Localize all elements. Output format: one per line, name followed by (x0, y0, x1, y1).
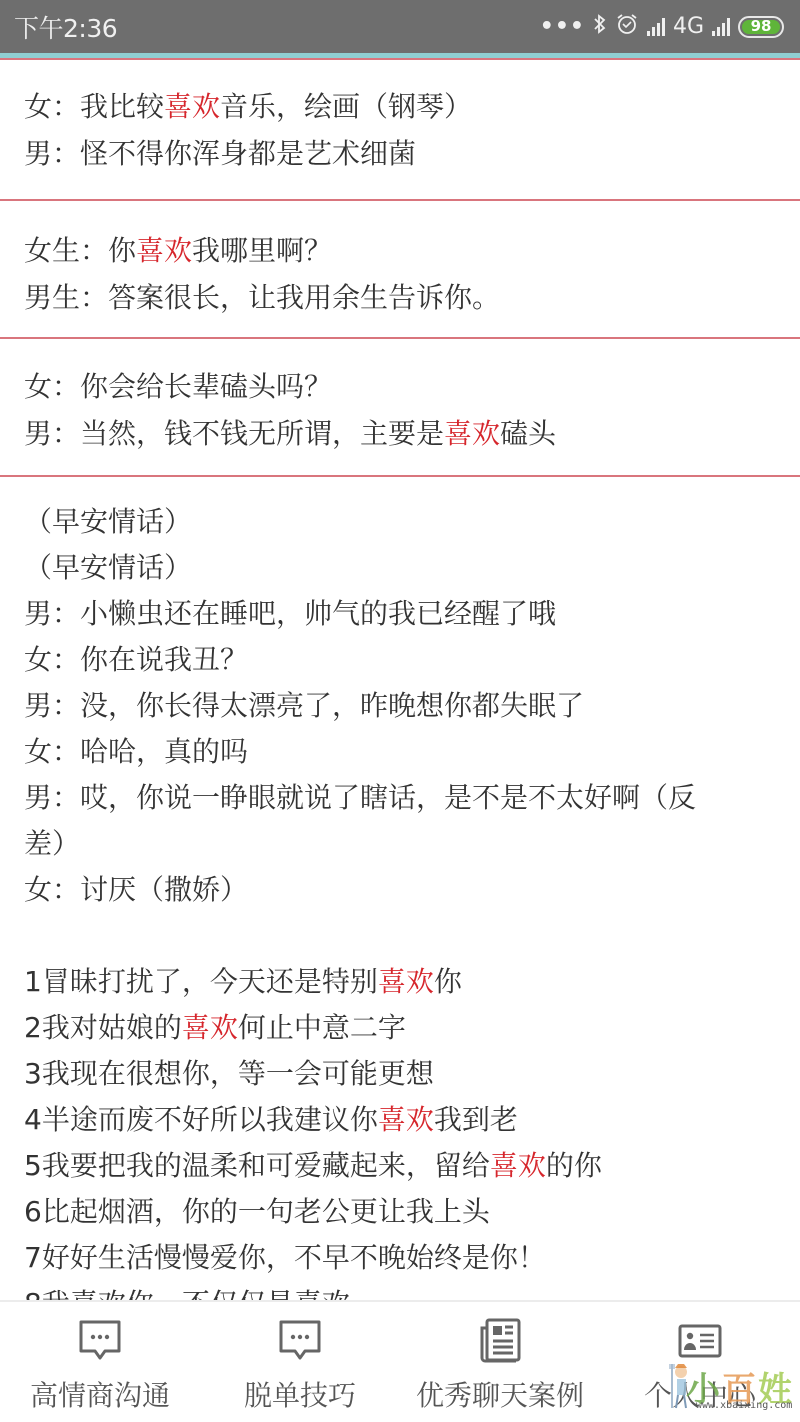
chat-bubble-icon (275, 1316, 325, 1366)
text-line: 男：没，你长得太漂亮了，昨晚想你都失眠了 (24, 683, 776, 729)
dialogue-line: 女：我比较喜欢音乐，绘画（钢琴） (24, 83, 776, 130)
numbered-line: 3我现在很想你，等一会可能更想 (24, 1051, 776, 1097)
status-icons: ••• 4G 98 (540, 12, 784, 42)
dialogue-card: 女生：你喜欢我哪里啊？ 男生：答案很长，让我用余生告诉你。 (0, 201, 800, 337)
highlight-keyword[interactable]: 喜欢 (378, 1103, 434, 1136)
highlight-keyword[interactable]: 喜欢 (136, 234, 192, 267)
dialogue-line: 男：怪不得你浑身都是艺术细菌 (24, 130, 776, 177)
text-line: （早安情话） (24, 545, 776, 591)
status-bar: 下午2:36 ••• 4G 98 (0, 0, 800, 53)
numbered-line: 2我对姑娘的喜欢何止中意二字 (24, 1005, 776, 1051)
dialogue-line: 男生：答案很长，让我用余生告诉你。 (24, 274, 776, 321)
network-type: 4G (673, 14, 704, 39)
highlight-keyword[interactable]: 喜欢 (378, 965, 434, 998)
numbered-line: 5我要把我的温柔和可爱藏起来，留给喜欢的你 (24, 1143, 776, 1189)
numbered-line: 8我喜欢你，不仅仅是喜欢 (24, 1281, 776, 1300)
text-line: 男：哎，你说一睁眼就说了瞎话，是不是不太好啊（反 (24, 775, 776, 821)
newspaper-icon (475, 1316, 525, 1366)
text-line: 女：你在说我丑？ (24, 637, 776, 683)
text-line: 女：讨厌（撒娇） (24, 867, 776, 913)
nav-tab-chat-cases[interactable]: 优秀聊天案例 (400, 1302, 600, 1422)
more-notifications-icon: ••• (540, 14, 585, 39)
text-line: （早安情话） (24, 499, 776, 545)
nav-label: 脱单技巧 (244, 1374, 356, 1414)
article-content[interactable]: 女：我比较喜欢音乐，绘画（钢琴） 男：怪不得你浑身都是艺术细菌 女生：你喜欢我哪… (0, 58, 800, 1300)
nav-label: 高情商沟通 (30, 1374, 170, 1414)
dialogue-card: 女：你会给长辈磕头吗？ 男：当然，钱不钱无所谓，主要是喜欢磕头 (0, 339, 800, 475)
signal-strength-icon-2 (712, 18, 730, 36)
numbered-line: 7好好生活慢慢爱你，不早不晚始终是你！ (24, 1235, 776, 1281)
bottom-nav: 高情商沟通 脱单技巧 优秀聊天案例 个人中心 (0, 1300, 800, 1422)
numbered-line: 6比起烟酒，你的一句老公更让我上头 (24, 1189, 776, 1235)
nav-label: 个人中心 (644, 1374, 756, 1414)
alarm-icon (615, 12, 639, 42)
status-time: 下午2:36 (14, 9, 117, 45)
id-card-icon (675, 1316, 725, 1366)
morning-dialogue-section: （早安情话） （早安情话） 男：小懒虫还在睡吧，帅气的我已经醒了哦 女：你在说我… (0, 477, 800, 1300)
battery-icon: 98 (738, 16, 784, 38)
nav-tab-personal-center[interactable]: 个人中心 (600, 1302, 800, 1422)
dialogue-card: 女：我比较喜欢音乐，绘画（钢琴） 男：怪不得你浑身都是艺术细菌 (0, 60, 800, 199)
text-line: 男：小懒虫还在睡吧，帅气的我已经醒了哦 (24, 591, 776, 637)
nav-label: 优秀聊天案例 (416, 1374, 584, 1414)
highlight-keyword[interactable]: 喜欢 (444, 417, 500, 450)
highlight-keyword[interactable]: 喜欢 (490, 1149, 546, 1182)
text-line: 女：哈哈，真的吗 (24, 729, 776, 775)
numbered-line: 4半途而废不好所以我建议你喜欢我到老 (24, 1097, 776, 1143)
nav-tab-dating-tips[interactable]: 脱单技巧 (200, 1302, 400, 1422)
dialogue-line: 女：你会给长辈磕头吗？ (24, 363, 776, 410)
text-line: 差） (24, 821, 776, 867)
chat-bubble-icon (75, 1316, 125, 1366)
highlight-keyword[interactable]: 喜欢 (164, 90, 220, 123)
signal-strength-icon (647, 18, 665, 36)
nav-tab-high-eq-communication[interactable]: 高情商沟通 (0, 1302, 200, 1422)
bluetooth-icon (593, 13, 607, 41)
dialogue-line: 女生：你喜欢我哪里啊？ (24, 227, 776, 274)
highlight-keyword[interactable]: 喜欢 (182, 1011, 238, 1044)
numbered-line: 1冒昧打扰了，今天还是特别喜欢你 (24, 959, 776, 1005)
dialogue-line: 男：当然，钱不钱无所谓，主要是喜欢磕头 (24, 410, 776, 457)
battery-level: 98 (742, 20, 780, 34)
